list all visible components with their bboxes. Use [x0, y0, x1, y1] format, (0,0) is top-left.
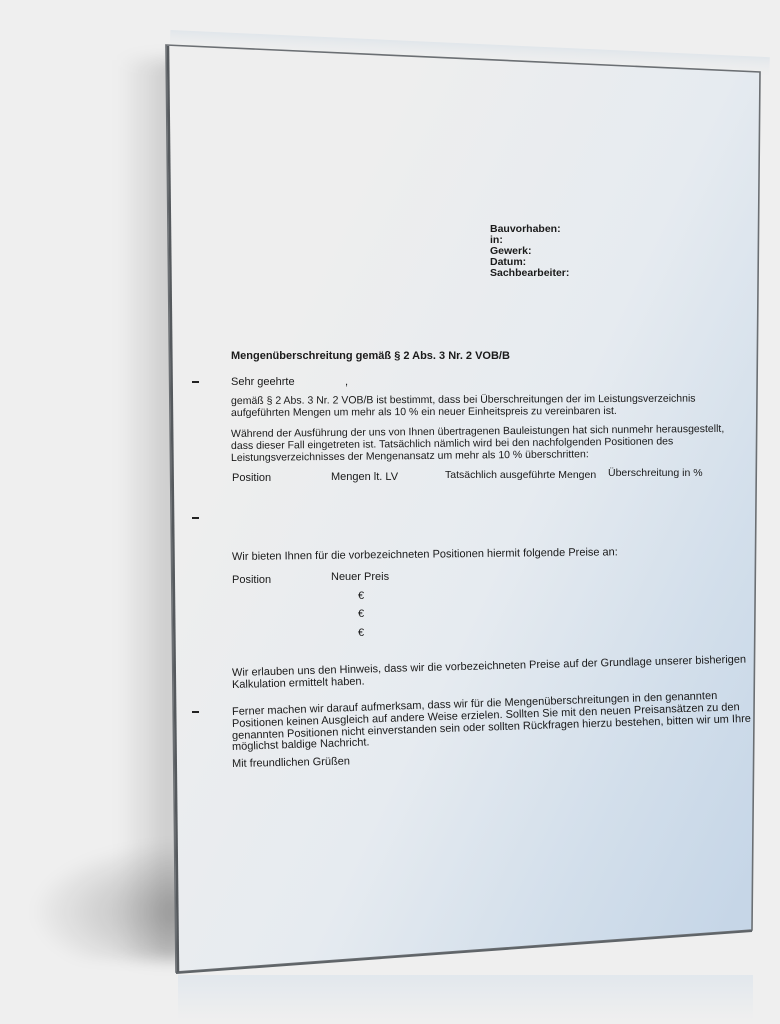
document-preview-stage: Bauvorhaben: in: Gewerk: Datum: Sachbear…: [0, 0, 780, 1024]
field-sachbearbeiter: Sachbearbeiter:: [490, 267, 569, 279]
salutation: Sehr geehrte: [231, 376, 295, 388]
table2-header-position: Position: [232, 574, 271, 586]
fold-mark: [192, 711, 199, 713]
price-row-currency: €: [358, 608, 364, 620]
salutation-comma: ,: [345, 376, 348, 388]
table2-header-neuer-preis: Neuer Preis: [331, 571, 389, 583]
fold-mark: [192, 381, 199, 383]
closing: Mit freundlichen Grüßen: [232, 756, 350, 770]
price-row-currency: €: [358, 627, 364, 639]
table1-header-ausgefuehrt: Tatsächlich ausgeführte Mengen: [445, 469, 596, 481]
subject-line: Mengenüberschreitung gemäß § 2 Abs. 3 Nr…: [231, 350, 510, 362]
table1-header-mengen-lv: Mengen lt. LV: [331, 471, 398, 483]
table1-header-position: Position: [232, 472, 271, 484]
paragraph-1-line-2: aufgeführten Mengen um mehr als 10 % ein…: [231, 405, 617, 419]
page-reflection: [178, 975, 753, 1020]
table1-header-ueberschreitung: Überschreitung in %: [608, 467, 703, 479]
document-page: [0, 0, 780, 1024]
fold-mark: [192, 517, 199, 519]
price-row-currency: €: [358, 590, 364, 602]
